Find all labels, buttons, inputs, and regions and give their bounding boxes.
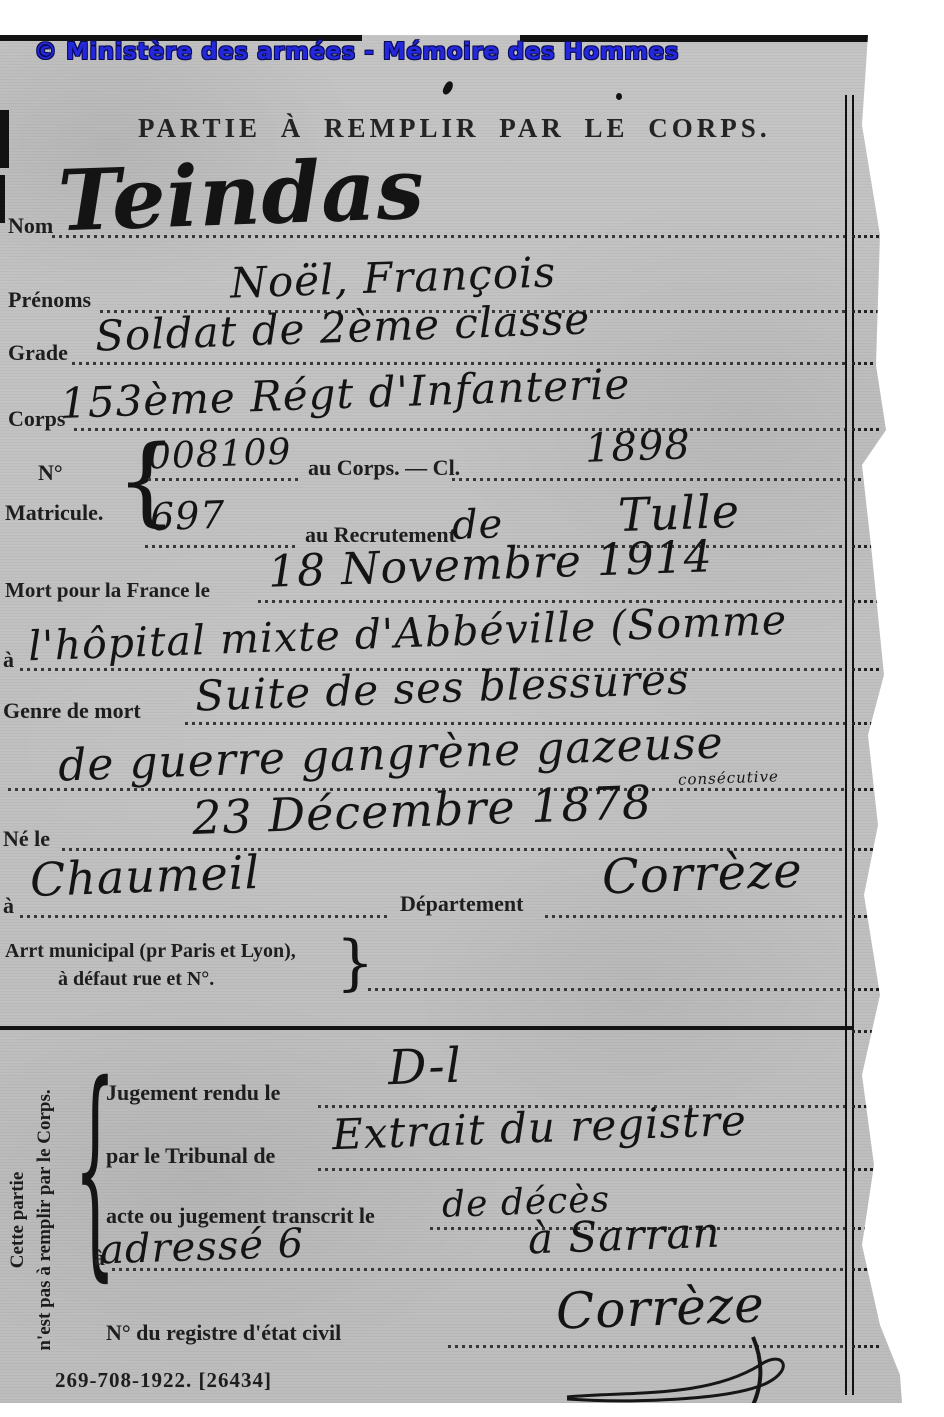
field-lieu-naissance-label: à: [3, 893, 14, 919]
dotted-line: [74, 428, 845, 431]
scan-edge-left-sliver-1: [0, 110, 9, 168]
field-nom-value: Teindas: [57, 147, 426, 244]
field-corps-value: 153ème Régt d'Infanterie: [59, 363, 631, 425]
dotted-line: [20, 915, 390, 918]
field-arrt-label-2: à défaut rue et N°.: [58, 968, 214, 991]
stub-tick: [852, 362, 882, 365]
stub-tick: [852, 235, 882, 238]
stub-tick: [852, 1030, 882, 1033]
field-corps-label: Corps: [8, 406, 65, 432]
field-prenoms-label: Prénoms: [8, 287, 91, 313]
stub-tick: [852, 848, 882, 851]
scanned-form: © Ministère des armées - Mémoire des Hom…: [0, 35, 910, 1403]
field-nom-label: Nom: [8, 213, 53, 239]
side-note-line3: par le Corps.: [34, 1089, 55, 1195]
field-classe-value: 1898: [584, 425, 691, 469]
stub-tick: [852, 988, 882, 991]
page-title: PARTIE À REMPLIR PAR LE CORPS.: [138, 113, 771, 144]
field-mort-label: Mort pour la France le: [5, 578, 210, 603]
field-mort-value: 18 Novembre 1914: [267, 535, 713, 594]
field-matricule-label: Matricule.: [5, 500, 103, 526]
screenshot-root: © Ministère des armées - Mémoire des Hom…: [0, 0, 944, 1417]
footer-ref: 269-708-1922. [26434]: [55, 1368, 272, 1393]
field-au-corps-label: au Corps. — Cl.: [308, 455, 460, 481]
dotted-line: [318, 1168, 845, 1171]
stub-tick: [852, 545, 882, 548]
stub-tick: [852, 600, 882, 603]
stub-tick: [852, 310, 882, 313]
field-departement-value: Corrèze: [601, 847, 803, 902]
watermark: © Ministère des armées - Mémoire des Hom…: [34, 39, 679, 65]
field-bureau-value: Tulle: [617, 488, 740, 538]
ink-blot-2: [616, 93, 622, 100]
scan-edge-left-sliver-2: [0, 175, 5, 223]
stub-tick: [852, 1105, 882, 1108]
stub-tick: [852, 1268, 882, 1271]
field-arrt-label-1: Arrt municipal (pr Paris et Lyon),: [5, 940, 296, 963]
field-registre-label: N° du registre d'état civil: [106, 1320, 341, 1346]
field-nele-value: 23 Décembre 1878: [191, 779, 653, 841]
field-departement-label: Département: [400, 891, 523, 917]
stub-tick: [852, 668, 882, 671]
field-tribunal-value: Extrait du registre: [331, 1100, 747, 1156]
field-matricule-recrutement-value: 697: [149, 496, 226, 537]
side-note-line2: n'est pas à remplir: [34, 1200, 55, 1351]
field-nele-label: Né le: [3, 826, 50, 852]
field-tribunal-label: par le Tribunal de: [106, 1143, 275, 1169]
field-genre-label: Genre de mort: [3, 698, 141, 724]
side-note: Cette partie n'est pas à remplir par le …: [5, 1075, 75, 1365]
stub-vertical-rule: [845, 95, 854, 1395]
stub-tick: [852, 478, 882, 481]
field-jugement-label: Jugement rendu le: [106, 1080, 280, 1106]
field-lieu-naissance-value: Chaumeil: [29, 849, 261, 903]
stub-tick: [852, 1345, 882, 1348]
field-lieu-mort-label: à: [3, 647, 14, 673]
pen-flourish: [555, 1335, 835, 1415]
field-matricule-label-no: N°: [38, 460, 63, 486]
stub-tick: [852, 428, 882, 431]
dotted-line: [148, 478, 298, 481]
field-adresse-value-right: à Sarran: [527, 1212, 721, 1261]
stub-tick: [852, 722, 882, 725]
ink-blot-1: [441, 80, 454, 96]
side-note-line1: Cette partie: [7, 1172, 28, 1269]
dotted-line: [452, 478, 845, 481]
field-genre-note: consécutive: [678, 769, 779, 788]
arrt-brace: }: [336, 933, 374, 993]
field-adresse-value-left: adressé 6: [99, 1223, 304, 1270]
field-registre-value: Corrèze: [555, 1279, 765, 1336]
section-divider-rule: [0, 1026, 852, 1030]
field-grade-value: Soldat de 2ème classe: [94, 298, 590, 357]
dotted-line: [368, 988, 845, 991]
field-matricule-corps-value: 008109: [147, 435, 292, 476]
stub-tick: [852, 1168, 882, 1171]
dotted-line: [545, 915, 845, 918]
stub-tick: [852, 1227, 882, 1230]
field-grade-label: Grade: [8, 340, 68, 366]
stub-tick: [852, 788, 882, 791]
field-jugement-value: D-l: [387, 1042, 463, 1093]
stub-tick: [852, 915, 882, 918]
